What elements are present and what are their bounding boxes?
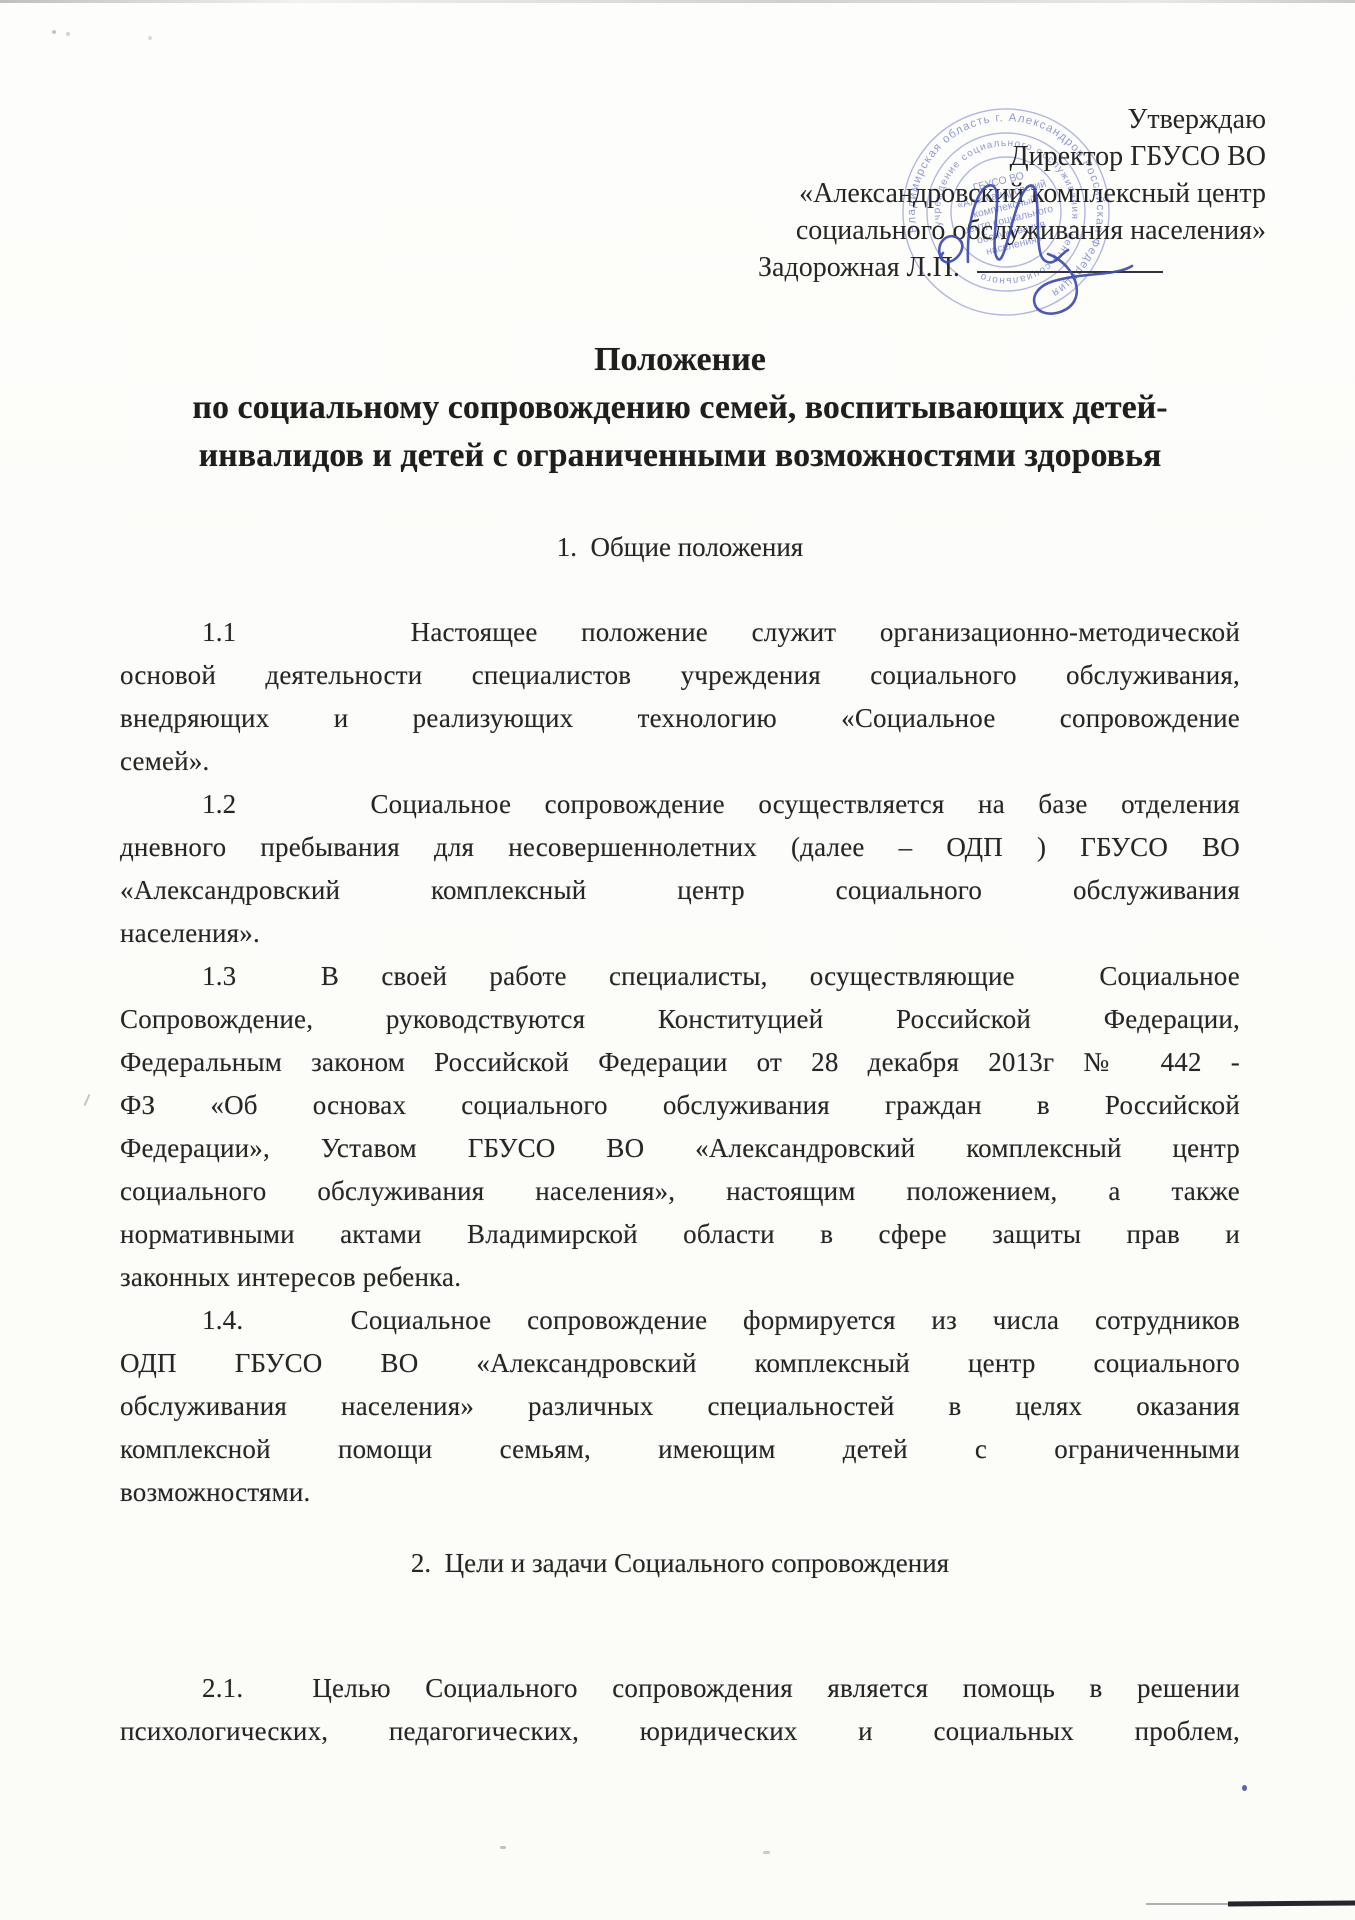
ink-speck-artifact [1242,1785,1247,1791]
body-line: 1.2 Социальное сопровождение осуществляе… [120,783,1240,826]
scanned-document-page: Владимирская область г. Александров Росс… [0,0,1355,1920]
body-line: 2.1. Целью Социального сопровождения явл… [120,1667,1240,1710]
body-line: «Александровский комплексный центр социа… [120,869,1240,912]
body-line: обслуживания населения» различных специа… [120,1385,1240,1428]
body-line: дневного пребывания для несовершеннолетн… [120,826,1240,869]
title-line: инвалидов и детей с ограниченными возмож… [120,432,1240,480]
body-line: нормативными актами Владимирской области… [120,1213,1240,1256]
paragraph-2-1: 2.1. Целью Социального сопровождения явл… [120,1667,1240,1753]
body-line: ФЗ «Об основах социального обслуживания … [120,1084,1240,1127]
body-line: Сопровождение, руководствуются Конституц… [120,998,1240,1041]
body-line: 1.4. Социальное сопровождение формируетс… [120,1299,1240,1342]
scan-speck-artifact [763,1851,770,1854]
body-line: 1.3 В своей работе специалисты, осуществ… [120,955,1240,998]
body-line: 1.1 Настоящее положение служит организац… [120,611,1240,654]
scan-edge-artifact-bottom-faint [1146,1903,1230,1905]
body-line: внедряющих и реализующих технологию «Соц… [120,697,1240,740]
body-line: психологических, педагогических, юридиче… [120,1710,1240,1753]
scan-speck-artifact [500,1846,506,1849]
paragraph-1-2: 1.2 Социальное сопровождение осуществляе… [120,783,1240,955]
body-line: семей». [120,740,1240,783]
body-line: населения». [120,912,1240,955]
body-line: основой деятельности специалистов учрежд… [120,654,1240,697]
document-title: Положение по социальному сопровождению с… [120,336,1240,480]
title-line: Положение [120,336,1240,384]
body-line: комплексной помощи семьям, имеющим детей… [120,1428,1240,1471]
body-line: Федерации», Уставом ГБУСО ВО «Александро… [120,1127,1240,1170]
section-1-heading: 1. Общие положения [120,526,1240,569]
section-2-heading: 2. Цели и задачи Социального сопровожден… [120,1542,1240,1585]
body-line: ОДП ГБУСО ВО «Александровский комплексны… [120,1342,1240,1385]
document-content: Положение по социальному сопровождению с… [0,336,1355,1753]
scan-edge-artifact-top [0,0,1355,3]
handwritten-signature [928,156,1146,338]
approval-line: Утверждаю [758,101,1266,138]
title-line: по социальному сопровождению семей, восп… [120,384,1240,432]
paragraph-1-3: 1.3 В своей работе специалисты, осуществ… [120,955,1240,1299]
scan-edge-artifact-bottom [1228,1901,1355,1907]
body-line: Федеральным законом Российской Федерации… [120,1041,1240,1084]
paragraph-1-1: 1.1 Настоящее положение служит организац… [120,611,1240,783]
scan-smudge-top-left [52,30,56,34]
body-line: законных интересов ребенка. [120,1256,1240,1299]
paragraph-1-4: 1.4. Социальное сопровождение формируетс… [120,1299,1240,1514]
body-line: социального обслуживания населения», нас… [120,1170,1240,1213]
body-line: возможностями. [120,1471,1240,1514]
